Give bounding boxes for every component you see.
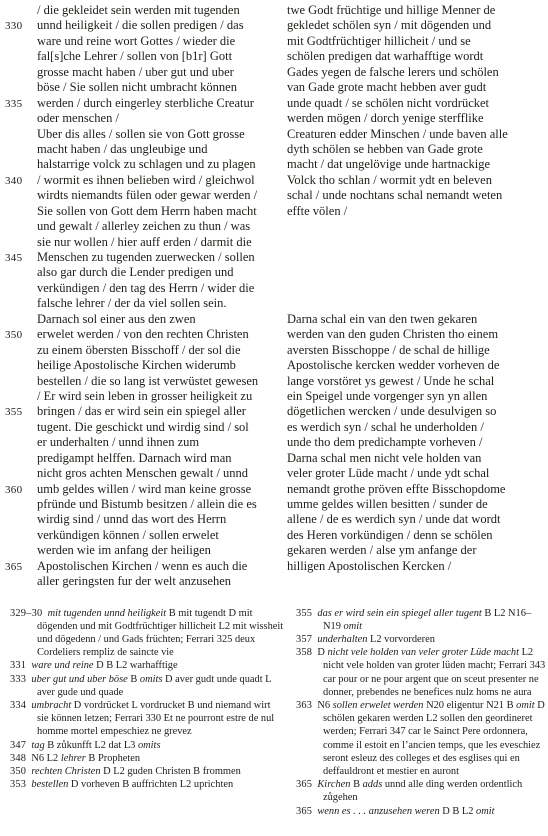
text-line: mit Godtfrüchtiger hillicheit / und se xyxy=(287,34,543,49)
apparatus-entry: 353bestellen D vorheven B auffrichten L2… xyxy=(10,778,284,791)
text-line-row: verkündigen können / sollen erwelet xyxy=(5,528,283,543)
reading-text: N20 eligentur N21 B xyxy=(423,700,516,711)
text-line: aversten Bisschoppe / de schal de hillig… xyxy=(287,343,543,358)
text-line: sie nur wollen / hier auff erden / darmi… xyxy=(37,235,252,250)
apparatus-entry: 348N6 L2 lehrer B Propheten xyxy=(10,752,284,765)
text-line: unde quadt / se schölen nicht vordrücket xyxy=(287,96,543,111)
text-line: ein Speigel unde vorgenger syn yn allen xyxy=(287,389,543,404)
text-line: Gades yegen de falsche lerers und schöle… xyxy=(287,65,543,80)
text-line: fal[s]che Lehrer / sollen von [b1r] Gott xyxy=(37,49,232,64)
line-number: 335 xyxy=(5,96,29,111)
text-line: Menschen zu tugenden zuerwecken / sollen xyxy=(37,250,255,265)
text-line: halstarrige volck zu schlagen und zu pla… xyxy=(37,157,256,172)
lemma-text: omit xyxy=(476,806,494,817)
reading-text: N6 L2 xyxy=(31,753,60,764)
text-line: effte völen / xyxy=(287,204,543,219)
text-line-row: predigampt helffen. Darnach wird man xyxy=(5,451,283,466)
blank-line xyxy=(287,265,543,280)
edition-page: / die gekleidet sein werden mit tugenden… xyxy=(0,0,548,836)
text-line-row: grosse macht haben / uber gut und uber xyxy=(5,65,283,80)
text-line-row: wirdts niemandts fülen oder gewar werden… xyxy=(5,188,283,203)
text-line-row: 360umb geldes willen / wird man keine gr… xyxy=(5,482,283,497)
apparatus-entry: 334umbracht D vordrücket L vordrucket B … xyxy=(10,699,284,739)
text-line: unde tho dem predichampte vorheven / xyxy=(287,435,543,450)
text-line-row: 335werden / durch eingerley sterbliche C… xyxy=(5,96,283,111)
text-line: veler groter Lüde macht / unde ydt schal xyxy=(287,466,543,481)
line-number xyxy=(5,188,29,203)
reading-text: B zůkunfft L2 dat L3 xyxy=(45,740,138,751)
line-number xyxy=(5,65,29,80)
reading-text: N6 xyxy=(317,700,332,711)
text-line: pfründe und Bistumb besitzen / allein di… xyxy=(37,497,257,512)
text-line: wirdts niemandts fülen oder gewar werden… xyxy=(37,188,257,203)
apparatus-entry: 350rechten Christen D L2 guden Christen … xyxy=(10,765,284,778)
text-line: umme geldes willen besitten / sunder de xyxy=(287,497,543,512)
reading-text: B xyxy=(350,779,362,790)
text-line: dögetlichen wercken / unde desulvigen so xyxy=(287,404,543,419)
text-line: verkündigen können / sollen erwelet xyxy=(37,528,219,543)
text-line-row: / Er wird sein leben in grosser heiligke… xyxy=(5,389,283,404)
line-number: 365 xyxy=(5,559,29,574)
reading-text: B xyxy=(128,674,140,685)
apparatus-line-ref: 357 xyxy=(296,634,312,645)
reading-text: D vordrücket L vordrucket B und niemand … xyxy=(37,700,274,737)
text-line-row: also gar durch die Lender predigen und xyxy=(5,265,283,280)
text-line: des Heren vorkündigen / denn se schölen xyxy=(287,528,543,543)
main-text: / die gekleidet sein werden mit tugenden… xyxy=(5,3,548,590)
apparatus-line-ref: 334 xyxy=(10,700,26,711)
text-line: macht / dat ungelövige unde hartnackige xyxy=(287,157,543,172)
line-number xyxy=(5,574,29,589)
lemma-text: Kirchen xyxy=(317,779,350,790)
reading-text: D vorheven B auffrichten L2 uprichten xyxy=(68,779,233,790)
lemma-text: mit tugenden unnd heiligkeit xyxy=(48,608,167,619)
text-line: also gar durch die Lender predigen und xyxy=(37,265,233,280)
line-number xyxy=(5,142,29,157)
text-line: dyth schölen se hebben van Gade grote xyxy=(287,142,543,157)
text-line: gekledet schölen syn / mit dögenden und xyxy=(287,18,543,33)
apparatus-line-ref: 365 xyxy=(296,779,312,790)
text-line: schal / unde nochtans schal nemandt wete… xyxy=(287,188,543,203)
text-line-row: Uber dis alles / sollen sie von Gott gro… xyxy=(5,127,283,142)
apparatus-entry: 331ware und reine D B L2 warhafftige xyxy=(10,659,284,672)
apparatus-entry: 355das er wird sein ein spiegel aller tu… xyxy=(296,607,546,633)
text-line: werden wie im anfang der heiligen xyxy=(37,543,211,558)
blank-line xyxy=(287,296,543,311)
text-line-row: er underhalten / unnd ihnen zum xyxy=(5,435,283,450)
text-line: tugent. Die geschickt und wirdig sind / … xyxy=(37,420,249,435)
reading-text: D B L2 warhafftige xyxy=(94,660,178,671)
reading-text: D L2 guden Christen B frommen xyxy=(101,766,241,777)
text-line: Darna schal ein van den twen gekaren xyxy=(287,312,543,327)
text-line: bestellen / die so lang ist verwüstet ge… xyxy=(37,374,258,389)
apparatus-line-ref: 363 xyxy=(296,700,312,711)
lemma-text: underhalten xyxy=(317,634,367,645)
text-line: Creaturen edder Minschen / unde baven al… xyxy=(287,127,543,142)
text-line-row: bestellen / die so lang ist verwüstet ge… xyxy=(5,374,283,389)
lemma-text: sollen erwelet werden xyxy=(333,700,424,711)
text-line: werden van den guden Christen tho einem xyxy=(287,327,543,342)
line-number xyxy=(5,281,29,296)
line-number xyxy=(5,543,29,558)
line-number xyxy=(5,497,29,512)
apparatus-left-column: 329–30mit tugenden unnd heiligkeit B mit… xyxy=(10,607,284,818)
lemma-text: wenn es . . . anzusehen weren xyxy=(317,806,439,817)
text-line-row: oder menschen / xyxy=(5,111,283,126)
line-number xyxy=(5,49,29,64)
lemma-text: omit xyxy=(344,621,362,632)
text-line: lange vorstöret ys gewest / Unde he scha… xyxy=(287,374,543,389)
text-line: van Gade grote macht hebben aver gudt xyxy=(287,80,543,95)
text-line: predigampt helffen. Darnach wird man xyxy=(37,451,232,466)
apparatus-entry: 329–30mit tugenden unnd heiligkeit B mit… xyxy=(10,607,284,660)
left-text-column: / die gekleidet sein werden mit tugenden… xyxy=(5,3,283,590)
lemma-text: omit xyxy=(516,700,534,711)
text-line: oder menschen / xyxy=(37,111,119,126)
reading-text: D xyxy=(317,647,327,658)
text-line: er underhalten / unnd ihnen zum xyxy=(37,435,199,450)
text-line: twe Godt früchtige und hillige Menner de xyxy=(287,3,543,18)
text-line-row: halstarrige volck zu schlagen und zu pla… xyxy=(5,157,283,172)
text-line: schölen predigen dat warhafftige wordt xyxy=(287,49,543,64)
line-number xyxy=(5,296,29,311)
text-line-row: falsche lehrer / der da viel sollen sein… xyxy=(5,296,283,311)
text-line: Uber dis alles / sollen sie von Gott gro… xyxy=(37,127,245,142)
text-line-row: heilige Apostolische Kirchen widerumb xyxy=(5,358,283,373)
text-line-row: werden wie im anfang der heiligen xyxy=(5,543,283,558)
reading-text: B Propheten xyxy=(86,753,140,764)
text-line: und gewalt / allerley zeichen zu thun / … xyxy=(37,219,250,234)
apparatus-entry: 365Kirchen B adds unnd alle ding werden … xyxy=(296,778,546,804)
reading-text: D schölen gekaren werden L2 sollen den g… xyxy=(323,700,545,777)
lemma-text: lehrer xyxy=(61,753,86,764)
reading-text: L2 vorvorderen xyxy=(367,634,435,645)
lemma-text: rechten Christen xyxy=(31,766,100,777)
line-number xyxy=(5,235,29,250)
apparatus-line-ref: 353 xyxy=(10,779,26,790)
line-number: 345 xyxy=(5,250,29,265)
text-line-row: 365Apostolischen Kirchen / wenn es auch … xyxy=(5,559,283,574)
lemma-text: nicht vele holden van veler groter Lüde … xyxy=(327,647,519,658)
text-line-row: Sie sollen von Gott dem Herrn haben mach… xyxy=(5,204,283,219)
apparatus-line-ref: 348 xyxy=(10,753,26,764)
text-line-row: wirdig sind / unnd das wort des Herrn xyxy=(5,512,283,527)
line-number xyxy=(5,374,29,389)
apparatus-entry: 347tag B zůkunfft L2 dat L3 omits xyxy=(10,739,284,752)
apparatus-line-ref: 329–30 xyxy=(10,608,42,619)
blank-line xyxy=(287,250,543,265)
text-line-row: 355bringen / das er wird sein ein spiege… xyxy=(5,404,283,419)
text-line: allene / de es werdich syn / unde dat wo… xyxy=(287,512,543,527)
line-number: 340 xyxy=(5,173,29,188)
line-number xyxy=(5,358,29,373)
text-line: erwelet werden / von den rechten Christe… xyxy=(37,327,249,342)
line-number xyxy=(5,80,29,95)
lemma-text: tag xyxy=(31,740,44,751)
line-number xyxy=(5,312,29,327)
text-line: grosse macht haben / uber gut und uber xyxy=(37,65,234,80)
text-line-row: nicht gros achten Menschen gewalt / unnd xyxy=(5,466,283,481)
text-line: böse / Sie sollen nicht umbracht können xyxy=(37,80,237,95)
text-line: falsche lehrer / der da viel sollen sein… xyxy=(37,296,227,311)
line-number: 350 xyxy=(5,327,29,342)
apparatus-line-ref: 347 xyxy=(10,740,26,751)
text-line: Apostolischen Kirchen / wenn es auch die xyxy=(37,559,247,574)
text-line: es werdich syn / schal he underholden / xyxy=(287,420,543,435)
line-number: 355 xyxy=(5,404,29,419)
apparatus-entry: 357underhalten L2 vorvorderen xyxy=(296,633,546,646)
text-line: nemandt grothe pröven effte Bisschopdome xyxy=(287,482,543,497)
apparatus-entry: 358D nicht vele holden van veler groter … xyxy=(296,646,546,699)
text-line: Sie sollen von Gott dem Herrn haben mach… xyxy=(37,204,257,219)
text-line: bringen / das er wird sein ein spiegel a… xyxy=(37,404,246,419)
text-line: umb geldes willen / wird man keine gross… xyxy=(37,482,251,497)
text-line: / wormit es ihnen belieben wird / gleich… xyxy=(37,173,255,188)
text-line: Darna schal men nicht vele holden van xyxy=(287,451,543,466)
text-line: verkündigen / den tag des Herrn / wider … xyxy=(37,281,254,296)
lemma-text: das er wird sein ein spiegel aller tugen… xyxy=(317,608,481,619)
blank-line xyxy=(287,219,543,234)
text-line-row: aller geringsten fur der welt anzusehen xyxy=(5,574,283,589)
lemma-text: omits xyxy=(138,740,161,751)
text-line: werden mögen / dorch yenige sterfflike xyxy=(287,111,543,126)
line-number xyxy=(5,127,29,142)
text-line-row: 345Menschen zu tugenden zuerwecken / sol… xyxy=(5,250,283,265)
text-line: unnd heiligkeit / die sollen predigen / … xyxy=(37,18,244,33)
text-line-row: Darnach sol einer aus den zwen xyxy=(5,312,283,327)
text-line-row: 340/ wormit es ihnen belieben wird / gle… xyxy=(5,173,283,188)
text-line: zu einem öbersten Bisschoff / der sol di… xyxy=(37,343,241,358)
lemma-text: bestellen xyxy=(31,779,68,790)
text-line: Volck tho schlan / wormit ydt en beleven xyxy=(287,173,543,188)
text-line: werden / durch eingerley sterbliche Crea… xyxy=(37,96,254,111)
text-line-row: / die gekleidet sein werden mit tugenden xyxy=(5,3,283,18)
lemma-text: ware und reine xyxy=(31,660,93,671)
line-number xyxy=(5,451,29,466)
apparatus-line-ref: 358 xyxy=(296,647,312,658)
blank-line xyxy=(287,281,543,296)
text-line: heilige Apostolische Kirchen widerumb xyxy=(37,358,236,373)
text-line-row: zu einem öbersten Bisschoff / der sol di… xyxy=(5,343,283,358)
text-line: nicht gros achten Menschen gewalt / unnd xyxy=(37,466,248,481)
text-line-row: tugent. Die geschickt und wirdig sind / … xyxy=(5,420,283,435)
line-number xyxy=(5,528,29,543)
line-number xyxy=(5,512,29,527)
apparatus-line-ref: 355 xyxy=(296,608,312,619)
text-line: / Er wird sein leben in grosser heiligke… xyxy=(37,389,252,404)
line-number xyxy=(5,420,29,435)
text-line-row: 350erwelet werden / von den rechten Chri… xyxy=(5,327,283,342)
text-line: ware und reine wort Gottes / wieder die xyxy=(37,34,235,49)
text-line-row: macht haben / das ungleubige und xyxy=(5,142,283,157)
right-text-column: twe Godt früchtige und hillige Menner de… xyxy=(287,3,543,590)
line-number xyxy=(5,34,29,49)
line-number xyxy=(5,157,29,172)
apparatus-entry: 365wenn es . . . anzusehen weren D B L2 … xyxy=(296,805,546,818)
text-line: hilligen Apostolischen Kercken / xyxy=(287,559,543,574)
text-line: aller geringsten fur der welt anzusehen xyxy=(37,574,231,589)
critical-apparatus: 329–30mit tugenden unnd heiligkeit B mit… xyxy=(5,607,548,818)
line-number xyxy=(5,204,29,219)
lemma-text: umbracht xyxy=(31,700,71,711)
text-line: macht haben / das ungleubige und xyxy=(37,142,207,157)
line-number xyxy=(5,389,29,404)
lemma-text: adds xyxy=(363,779,383,790)
line-number xyxy=(5,219,29,234)
line-number: 330 xyxy=(5,18,29,33)
text-line: Apostolische kercken wedder vorheven de xyxy=(287,358,543,373)
apparatus-right-column: 355das er wird sein ein spiegel aller tu… xyxy=(296,607,546,818)
apparatus-entry: 363N6 sollen erwelet werden N20 eligentu… xyxy=(296,699,546,778)
line-number xyxy=(5,466,29,481)
text-line-row: pfründe und Bistumb besitzen / allein di… xyxy=(5,497,283,512)
line-number xyxy=(5,111,29,126)
apparatus-line-ref: 331 xyxy=(10,660,26,671)
apparatus-line-ref: 365 xyxy=(296,806,312,817)
text-line-row: verkündigen / den tag des Herrn / wider … xyxy=(5,281,283,296)
apparatus-entry: 333uber gut und uber böse B omits D aver… xyxy=(10,673,284,699)
line-number xyxy=(5,265,29,280)
text-line-row: 330unnd heiligkeit / die sollen predigen… xyxy=(5,18,283,33)
text-line: Darnach sol einer aus den zwen xyxy=(37,312,196,327)
text-line: wirdig sind / unnd das wort des Herrn xyxy=(37,512,226,527)
text-line-row: sie nur wollen / hier auff erden / darmi… xyxy=(5,235,283,250)
lemma-text: omits xyxy=(140,674,163,685)
text-line: gekaren werden / alse ym anfange der xyxy=(287,543,543,558)
line-number: 360 xyxy=(5,482,29,497)
apparatus-line-ref: 350 xyxy=(10,766,26,777)
lemma-text: uber gut und uber böse xyxy=(31,674,127,685)
apparatus-line-ref: 333 xyxy=(10,674,26,685)
line-number xyxy=(5,3,29,18)
text-line-row: fal[s]che Lehrer / sollen von [b1r] Gott xyxy=(5,49,283,64)
text-line: / die gekleidet sein werden mit tugenden xyxy=(37,3,240,18)
line-number xyxy=(5,343,29,358)
line-number xyxy=(5,435,29,450)
reading-text: D B L2 xyxy=(440,806,476,817)
text-line-row: und gewalt / allerley zeichen zu thun / … xyxy=(5,219,283,234)
blank-line xyxy=(287,235,543,250)
text-line-row: ware und reine wort Gottes / wieder die xyxy=(5,34,283,49)
text-line-row: böse / Sie sollen nicht umbracht können xyxy=(5,80,283,95)
